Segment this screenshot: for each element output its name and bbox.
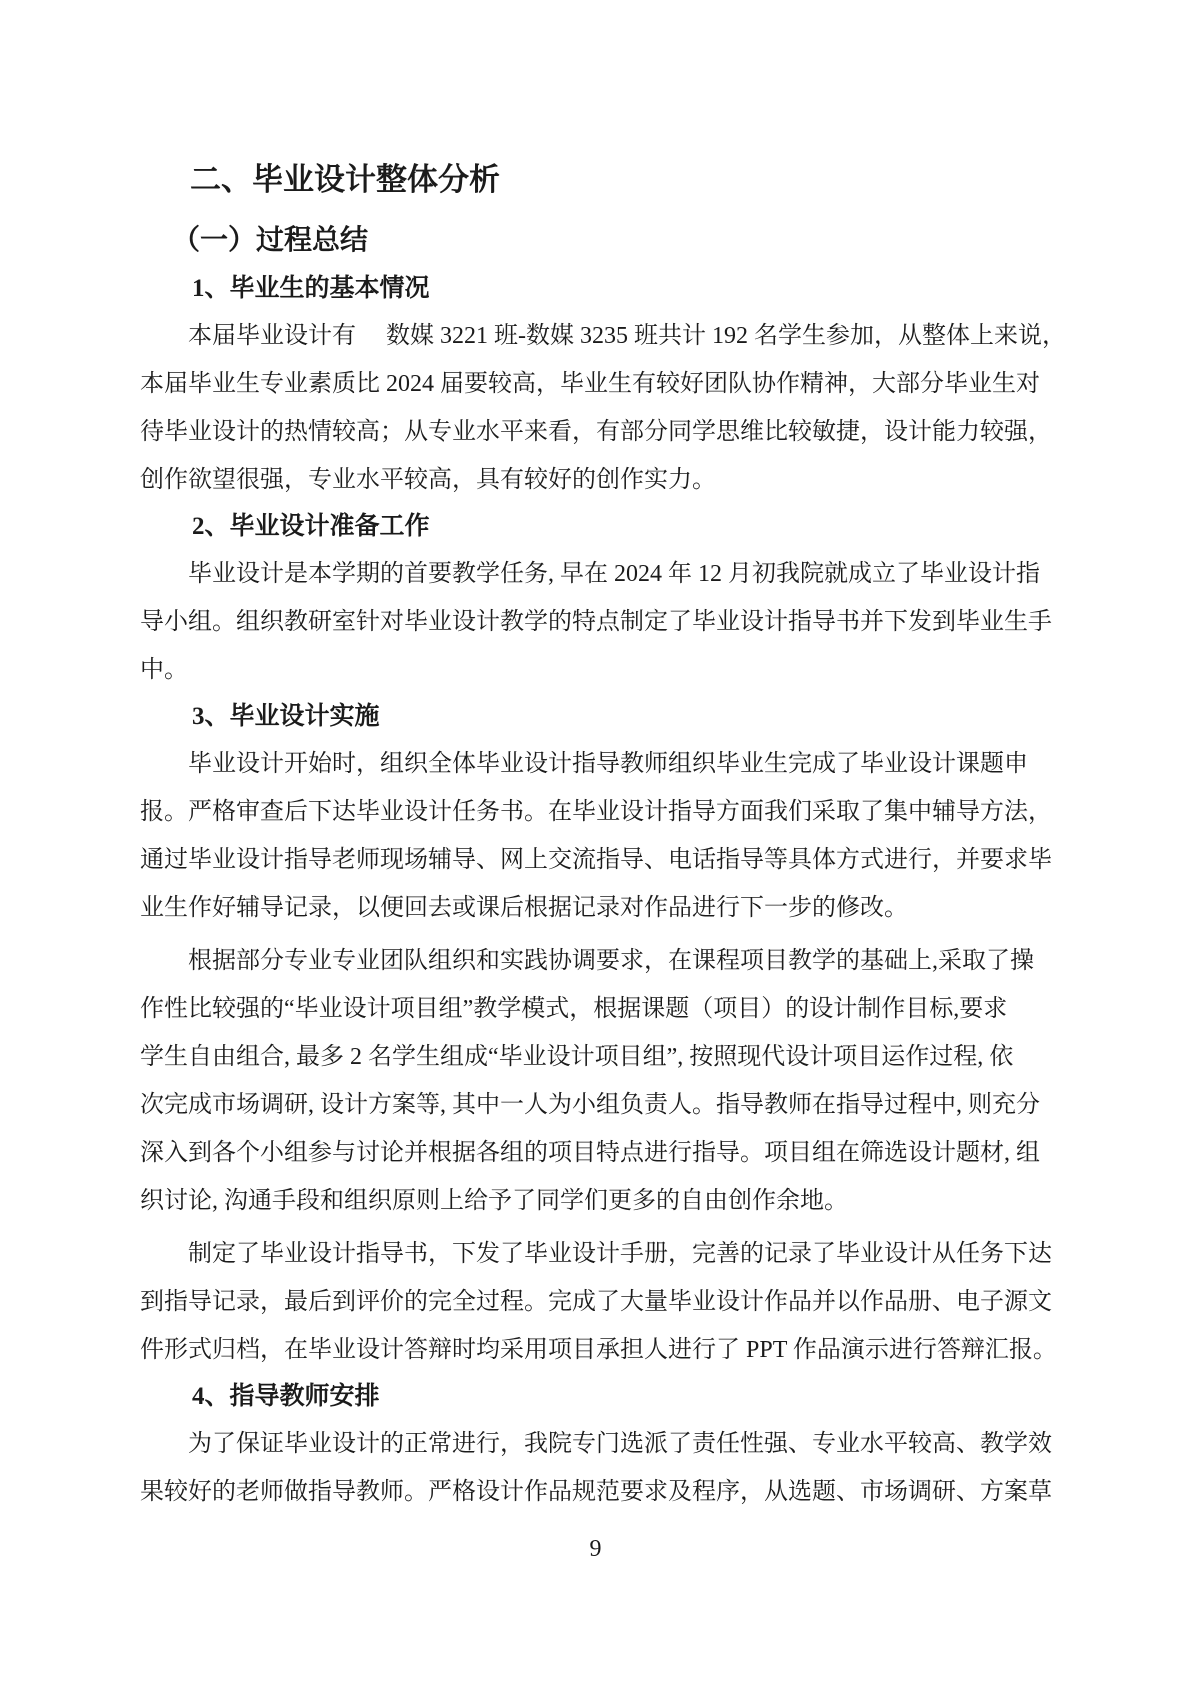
text-line: 本届毕业生专业素质比 2024 届要较高，毕业生有较好团队协作精神，大部分毕业生… [140,360,1096,408]
text-line: 次完成市场调研, 设计方案等, 其中一人为小组负责人。指导教师在指导过程中, 则… [140,1081,1096,1129]
text-line: 织讨论, 沟通手段和组织原则上给予了同学们更多的自由创作余地。 [140,1177,1096,1225]
text-line: 件形式归档，在毕业设计答辩时均采用项目承担人进行了 PPT 作品演示进行答辩汇报… [140,1326,1096,1374]
text-line: 到指导记录，最后到评价的完全过程。完成了大量毕业设计作品并以作品册、电子源文 [140,1278,1096,1326]
paragraph: 毕业设计开始时，组织全体毕业设计指导教师组织毕业生完成了毕业设计课题申报。严格审… [140,740,1096,932]
section: 2、毕业设计准备工作毕业设计是本学期的首要教学任务, 早在 2024 年 12 … [140,509,1096,694]
paragraph: 毕业设计是本学期的首要教学任务, 早在 2024 年 12 月初我院就成立了毕业… [140,550,1096,694]
text-line: 为了保证毕业设计的正常进行，我院专门选派了责任性强、专业水平较高、教学效 [140,1420,1096,1468]
text-line: 报。严格审查后下达毕业设计任务书。在毕业设计指导方面我们采取了集中辅导方法， [140,788,1096,836]
page-number: 9 [0,1534,1191,1564]
paragraph: 制定了毕业设计指导书，下发了毕业设计手册，完善的记录了毕业设计从任务下达到指导记… [140,1230,1096,1374]
sections: 1、毕业生的基本情况本届毕业设计有 数媒 3221 班-数媒 3235 班共计 … [140,271,1096,1516]
text-line: 根据部分专业专业团队组织和实践协调要求，在课程项目教学的基础上,采取了操 [140,937,1096,985]
text-line: 毕业设计开始时，组织全体毕业设计指导教师组织毕业生完成了毕业设计课题申 [140,740,1096,788]
text-line: 创作欲望很强，专业水平较高，具有较好的创作实力。 [140,456,1096,504]
section: 4、指导教师安排为了保证毕业设计的正常进行，我院专门选派了责任性强、专业水平较高… [140,1379,1096,1516]
text-line: 待毕业设计的热情较高；从专业水平来看，有部分同学思维比较敏捷，设计能力较强， [140,408,1096,456]
paragraph: 为了保证毕业设计的正常进行，我院专门选派了责任性强、专业水平较高、教学效果较好的… [140,1420,1096,1516]
section-heading: 1、毕业生的基本情况 [192,271,1096,307]
text-line: 通过毕业设计指导老师现场辅导、网上交流指导、电话指导等具体方式进行，并要求毕 [140,836,1096,884]
section-heading: 3、毕业设计实施 [192,699,1096,735]
chapter-title: 二、毕业设计整体分析 [190,160,1096,200]
paragraph: 本届毕业设计有 数媒 3221 班-数媒 3235 班共计 192 名学生参加，… [140,312,1096,504]
text-line: 业生作好辅导记录，以便回去或课后根据记录对作品进行下一步的修改。 [140,884,1096,932]
section: 3、毕业设计实施毕业设计开始时，组织全体毕业设计指导教师组织毕业生完成了毕业设计… [140,699,1096,1374]
text-line: 制定了毕业设计指导书，下发了毕业设计手册，完善的记录了毕业设计从任务下达 [140,1230,1096,1278]
subsection-title: （一）过程总结 [172,222,1096,260]
document-page: 二、毕业设计整体分析 （一）过程总结 1、毕业生的基本情况本届毕业设计有 数媒 … [0,0,1191,1684]
paragraph: 根据部分专业专业团队组织和实践协调要求，在课程项目教学的基础上,采取了操作性比较… [140,937,1096,1225]
document-content: 二、毕业设计整体分析 （一）过程总结 1、毕业生的基本情况本届毕业设计有 数媒 … [140,152,1096,1516]
text-line: 学生自由组合, 最多 2 名学生组成“毕业设计项目组”, 按照现代设计项目运作过… [140,1033,1096,1081]
text-line: 本届毕业设计有 数媒 3221 班-数媒 3235 班共计 192 名学生参加，… [140,312,1096,360]
text-line: 深入到各个小组参与讨论并根据各组的项目特点进行指导。项目组在筛选设计题材, 组 [140,1129,1096,1177]
section: 1、毕业生的基本情况本届毕业设计有 数媒 3221 班-数媒 3235 班共计 … [140,271,1096,504]
text-line: 中。 [140,646,1096,694]
text-line: 果较好的老师做指导教师。严格设计作品规范要求及程序，从选题、市场调研、方案草 [140,1468,1096,1516]
text-line: 作性比较强的“毕业设计项目组”教学模式，根据课题（项目）的设计制作目标,要求 [140,985,1096,1033]
section-heading: 4、指导教师安排 [192,1379,1096,1415]
text-line: 导小组。组织教研室针对毕业设计教学的特点制定了毕业设计指导书并下发到毕业生手 [140,598,1096,646]
section-heading: 2、毕业设计准备工作 [192,509,1096,545]
text-line: 毕业设计是本学期的首要教学任务, 早在 2024 年 12 月初我院就成立了毕业… [140,550,1096,598]
